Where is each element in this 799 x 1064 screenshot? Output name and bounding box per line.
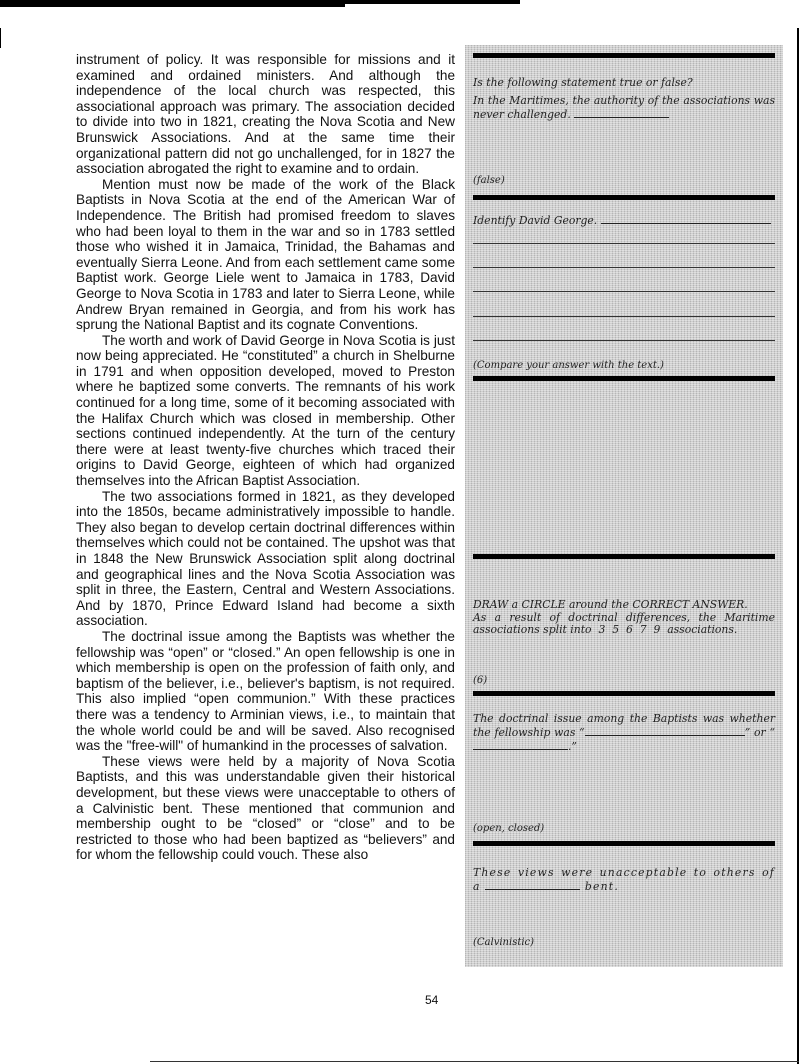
- question-3-statement: As a result of doctrinal differences, th…: [473, 612, 775, 636]
- option-9[interactable]: 9: [653, 623, 660, 636]
- divider-rule: [473, 53, 775, 58]
- divider-rule: [473, 554, 775, 559]
- paragraph: instrument of policy. It was responsible…: [76, 52, 455, 177]
- answer-line[interactable]: [473, 267, 775, 268]
- option-3[interactable]: 3: [598, 623, 605, 636]
- divider-rule: [473, 195, 775, 200]
- question-5-answer: (Calvinistic): [473, 937, 534, 948]
- answer-line[interactable]: [473, 291, 775, 292]
- page-number: 54: [425, 993, 438, 1007]
- main-text-column: instrument of policy. It was responsible…: [76, 52, 455, 863]
- answer-line[interactable]: [473, 243, 775, 244]
- paragraph: These views were held by a majority of N…: [76, 754, 455, 863]
- paragraph: The doctrinal issue among the Baptists w…: [76, 629, 455, 754]
- paragraph: Mention must now be made of the work of …: [76, 177, 455, 333]
- question-2-answer: (Compare your answer with the text.): [473, 360, 664, 371]
- divider-rule: [473, 841, 775, 846]
- answer-blank[interactable]: [574, 107, 669, 118]
- question-1-prompt: Is the following statement true or false…: [473, 77, 775, 89]
- question-5-text: These views were unacceptable to others …: [473, 867, 775, 893]
- answer-blank[interactable]: [485, 879, 580, 890]
- study-questions-sidebar: Is the following statement true or false…: [465, 45, 783, 967]
- question-4-answer: (open, closed): [473, 823, 544, 834]
- option-7[interactable]: 7: [640, 623, 647, 636]
- answer-line[interactable]: [473, 316, 775, 317]
- question-2-prompt: Identify David George.: [473, 213, 775, 227]
- answer-blank[interactable]: [601, 213, 771, 224]
- scan-edge-top-thick: [0, 0, 345, 7]
- question-1-answer: (false): [473, 175, 505, 186]
- answer-line[interactable]: [473, 340, 775, 341]
- scan-edge-left: [0, 28, 1, 48]
- answer-blank-2[interactable]: [473, 739, 568, 750]
- answer-blank-1[interactable]: [585, 725, 745, 736]
- option-5[interactable]: 5: [612, 623, 619, 636]
- paragraph: The two associations formed in 1821, as …: [76, 489, 455, 629]
- scan-edge-bottom: [150, 1061, 799, 1062]
- divider-rule: [473, 376, 775, 381]
- question-3-answer: (6): [473, 675, 487, 686]
- paragraph: The worth and work of David George in No…: [76, 333, 455, 489]
- question-3-instruction: DRAW a CIRCLE around the CORRECT ANSWER.: [473, 599, 775, 611]
- question-4-text: The doctrinal issue among the Baptists w…: [473, 713, 775, 753]
- option-6[interactable]: 6: [626, 623, 633, 636]
- question-1-statement: In the Maritimes, the authority of the a…: [473, 95, 775, 121]
- divider-rule: [473, 691, 775, 696]
